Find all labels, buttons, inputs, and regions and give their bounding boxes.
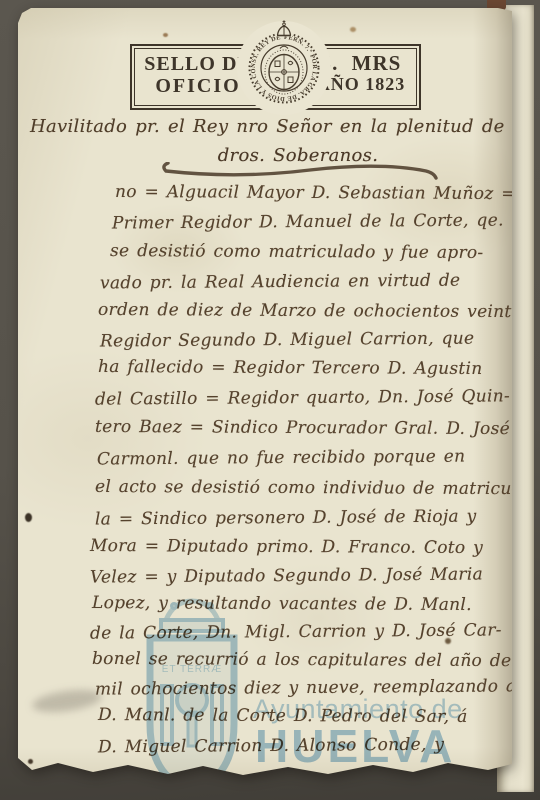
manuscript-line: Carmonl. que no fue recibido porque en [97, 447, 465, 470]
manuscript-line: Regidor Segundo D. Miguel Carrion, que [100, 329, 475, 352]
manuscript-line: se desistió como matriculado y fue apro- [110, 241, 484, 263]
pencil-smudge [31, 686, 103, 716]
watermark-tree-trunk [188, 712, 196, 746]
manuscript-line: la = Sindico personero D. José de Rioja … [95, 507, 477, 530]
paper-speck [28, 759, 33, 764]
manuscript-line: orden de diez de Marzo de ochocientos ve… [98, 300, 522, 322]
manuscript-line: el acto se desistió como individuo de ma… [95, 477, 518, 499]
manuscript-line: del Castillo = Regidor quarto, Dn. José … [95, 386, 510, 409]
huelva-coat-of-arms-watermark: ET TERRÆ [136, 598, 248, 798]
manuscript-line: tero Baez = Sindico Procurador Gral. D. … [95, 417, 510, 439]
manuscript-line: vado pr. la Real Audiencia en virtud de [100, 271, 461, 294]
manuscript-line: Velez = y Diputado Segundo D. José Maria [90, 564, 483, 587]
paper-speck [445, 638, 451, 644]
manuscript-opening-line: Havilitado pr. el Rey nro Señor en la pl… [30, 116, 540, 137]
manuscript-line: ha fallecido = Regidor Tercero D. Agusti… [98, 357, 483, 379]
watermark-text-line2: HUELVA [255, 719, 455, 773]
manuscript-line: no = Alguacil Mayor D. Sebastian Muñoz = [115, 182, 516, 204]
royal-seal-fernando-vii: FERN. 7.º POR LA GRA. DE DIOS Y LA CONST… [234, 18, 334, 118]
paper-sheet: SELLO DE OFICIO 4. MRS AÑO 1823 FERN. 7.… [18, 8, 512, 786]
underline-flourish [158, 162, 443, 182]
photo-background: SELLO DE OFICIO 4. MRS AÑO 1823 FERN. 7.… [0, 0, 540, 800]
paper-speck [25, 513, 32, 522]
watermark-motto: ET TERRÆ [162, 664, 222, 675]
manuscript-line: Primer Regidor D. Manuel de la Corte, qe… [112, 210, 504, 233]
paper-speck [163, 33, 168, 37]
watermark-crown-band [161, 620, 223, 631]
manuscript-line: Mora = Diputado primo. D. Franco. Coto y [90, 536, 483, 558]
paper-speck [350, 27, 356, 32]
